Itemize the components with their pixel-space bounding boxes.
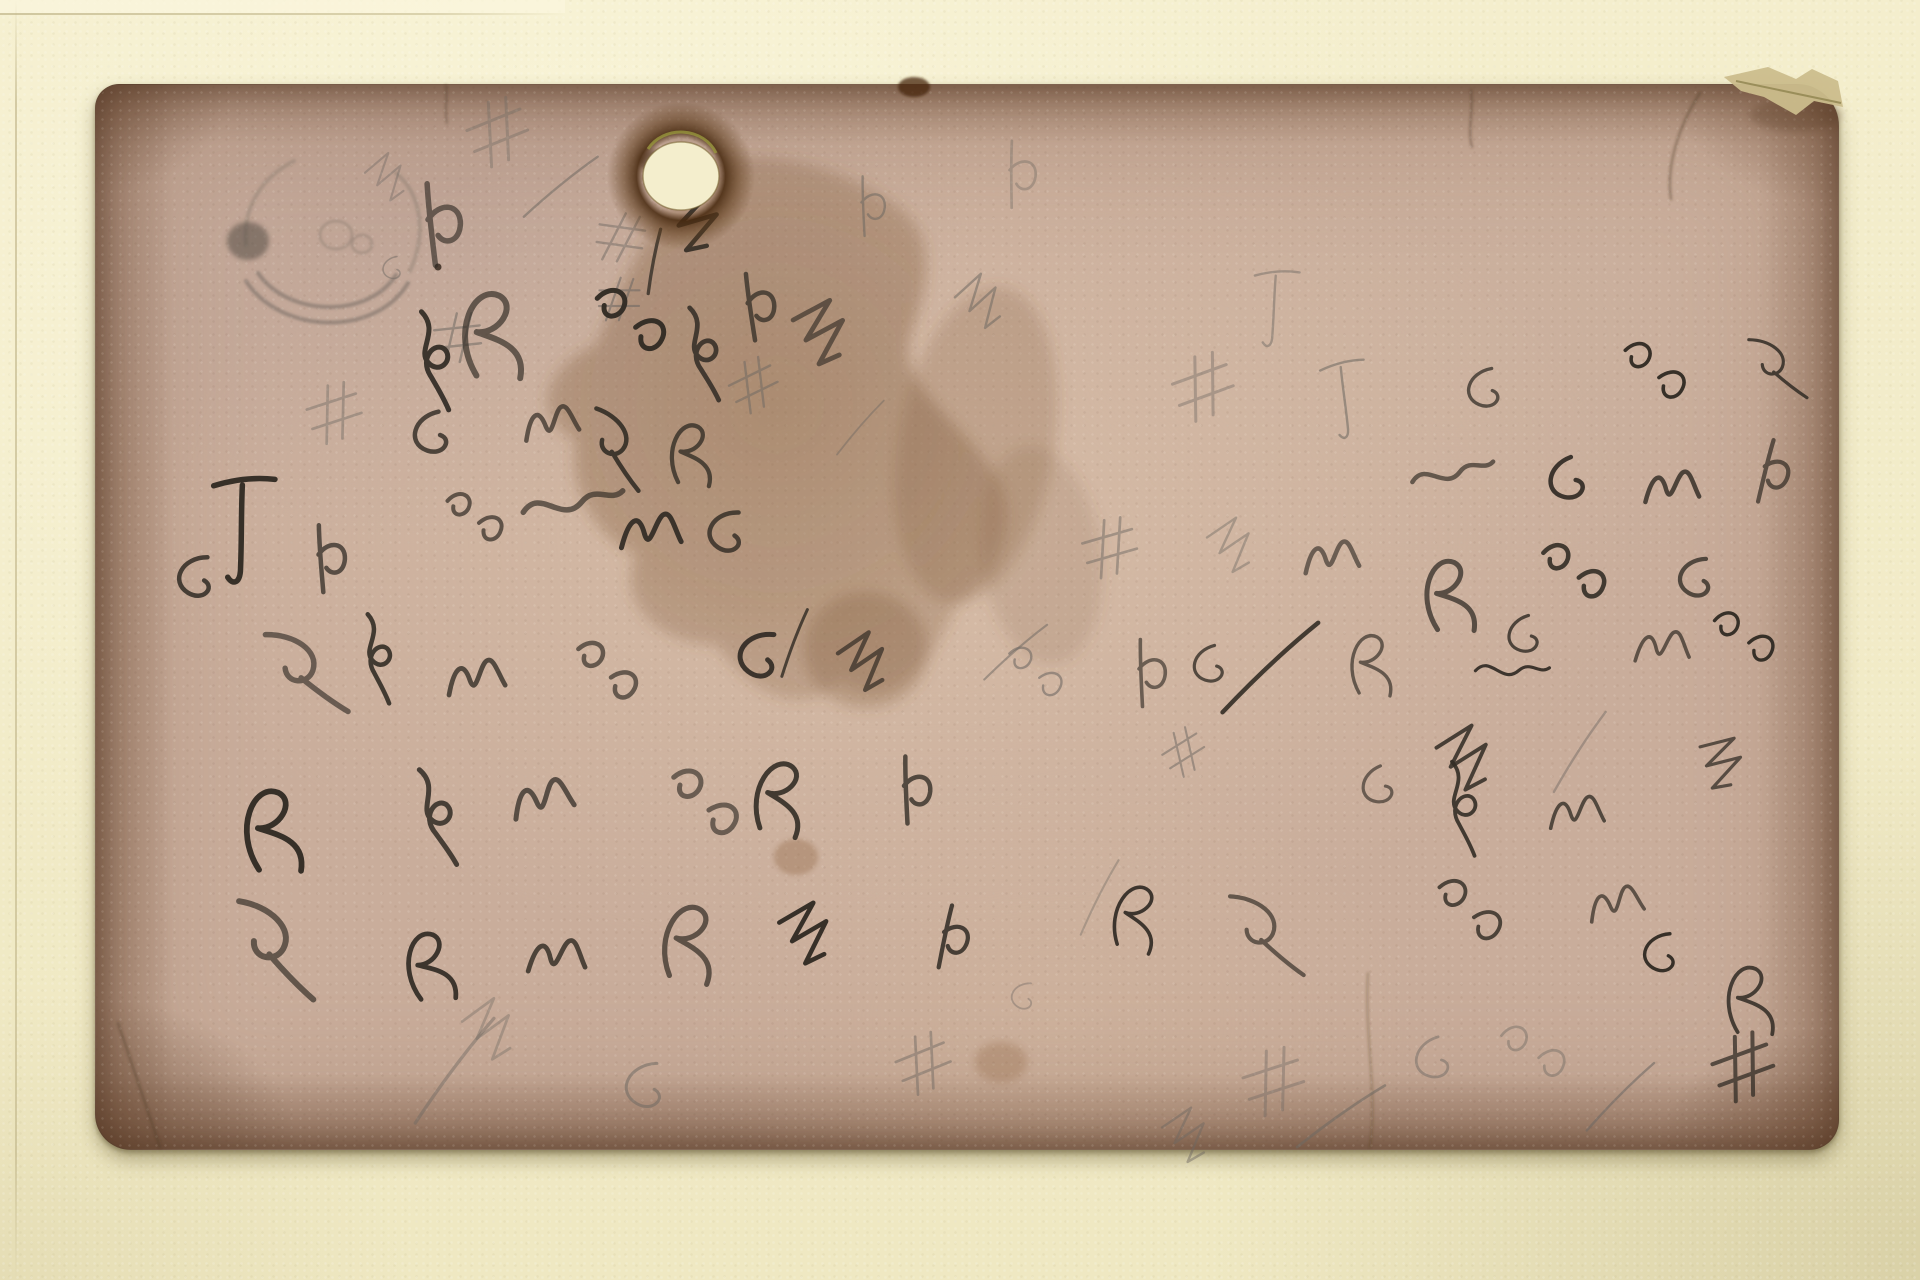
postcard-artwork bbox=[96, 85, 1838, 1149]
postcard bbox=[95, 84, 1839, 1150]
album-page-top-edge-line bbox=[0, 13, 565, 15]
album-page-left-edge-line bbox=[15, 0, 17, 1280]
punch-hole bbox=[607, 102, 755, 250]
album-page-top-strip bbox=[0, 0, 565, 13]
photo-of-postcard-on-album-page bbox=[0, 0, 1920, 1280]
pencil-calligraphy-layer bbox=[304, 95, 1654, 1166]
liquid-stain bbox=[547, 158, 1116, 708]
